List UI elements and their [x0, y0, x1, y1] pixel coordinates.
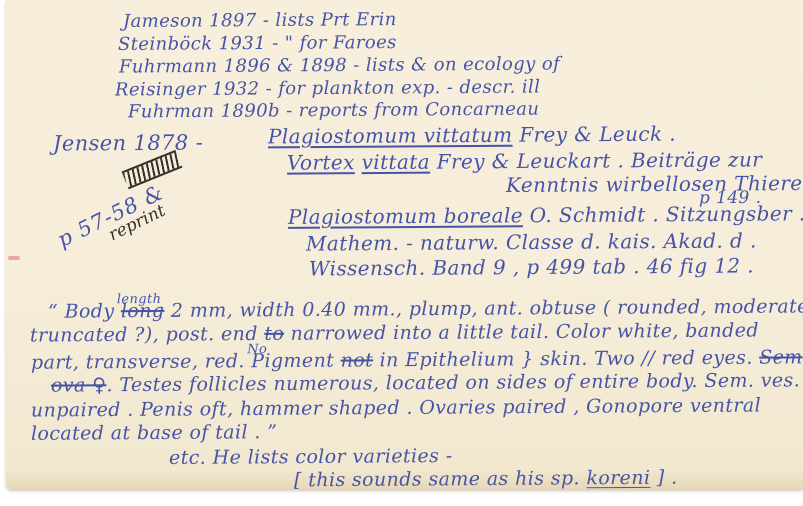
citation-volume-line: Wissensch. Band 9 , p 499 tab . 46 fig 1…: [309, 253, 754, 280]
bottom-comment-line: [ this sounds same as his sp. koreni ] .: [294, 467, 678, 492]
authority-text: Frey & Leuck .: [512, 122, 676, 147]
reference-line-steinbock: Steinböck 1931 - " for Faroes: [118, 32, 397, 55]
species-name-boreale: Plagiostomum boreale: [288, 203, 523, 229]
description-text: 2 mm, width 0.40 mm., plump, ant. obtuse…: [164, 295, 803, 322]
pink-edge-mark: [8, 256, 20, 260]
synonymy-line-3: Plagiostomum boreale O. Schmidt . Sitzun…: [288, 201, 803, 229]
reference-line-reisinger: Reisinger 1932 - for plankton exp. - des…: [115, 77, 540, 101]
reference-line-fuhrmann: Fuhrmann 1896 & 1898 - lists & on ecolog…: [119, 53, 560, 77]
inserted-word-length: length: [117, 292, 162, 307]
description-line-4: ova ♀. Testes follicles numerous, locate…: [51, 369, 800, 396]
struck-word-sem: Sem: [759, 346, 803, 368]
description-line-1: “ Body lengthlong 2 mm, width 0.40 mm., …: [48, 293, 803, 322]
species-name-koreni: koreni: [586, 467, 650, 489]
description-text: in Epithelium } skin. Two // red eyes.: [373, 347, 759, 372]
description-line-5: unpaired . Penis oft, hammer shaped . Ov…: [31, 394, 761, 421]
citation-text: Frey & Leuckart . Beiträge zur: [430, 147, 762, 173]
struck-word-not: not: [341, 349, 374, 371]
struck-word-ova: ova ♀: [51, 374, 107, 396]
struck-word-to: to: [264, 323, 284, 345]
comment-text: [ this sounds same as his sp.: [294, 467, 587, 491]
synonymy-line-2: Vortex vittata Frey & Leuckart . Beiträg…: [287, 147, 762, 174]
genus-name-vortex: Vortex: [287, 150, 355, 174]
margin-note-pages: p 57-58 &: [54, 143, 244, 252]
reference-line-fuhrman-b: Fuhrman 1890b - reports from Concarneau: [128, 99, 539, 123]
description-line-2: truncated ?), post. end to narrowed into…: [30, 319, 759, 346]
citation-journal-line: Mathem. - naturw. Classe d. kais. Akad. …: [306, 228, 757, 255]
species-name-vittatum: Plagiostomum vittatum: [268, 123, 513, 149]
inserted-word-no: No: [247, 342, 267, 357]
color-varieties-note: etc. He lists color varieties -: [169, 445, 453, 469]
description-text: truncated ?), post. end: [30, 323, 264, 347]
synonymy-line-1: Plagiostomum vittatum Frey & Leuck .: [268, 122, 676, 149]
scan-page: { "card": { "background": "#f6eeda", "in…: [0, 0, 803, 506]
species-name-vittata: vittata: [361, 150, 430, 174]
reference-line-jameson: Jameson 1897 - lists Prt Erin: [123, 9, 397, 32]
description-text: narrowed into a little tail. Color white…: [284, 319, 759, 344]
description-text: part, transverse, red.: [31, 350, 251, 374]
description-line-6: located at base of tail . ”: [31, 421, 278, 445]
index-card: Jameson 1897 - lists Prt Erin Steinböck …: [6, 0, 803, 489]
comment-text: ] .: [650, 467, 677, 489]
quote-open-text: “ Body: [48, 300, 121, 323]
citation-text: O. Schmidt . Sitzungsber . d .: [523, 201, 803, 227]
description-text: . Testes follicles numerous, located on …: [106, 369, 800, 396]
